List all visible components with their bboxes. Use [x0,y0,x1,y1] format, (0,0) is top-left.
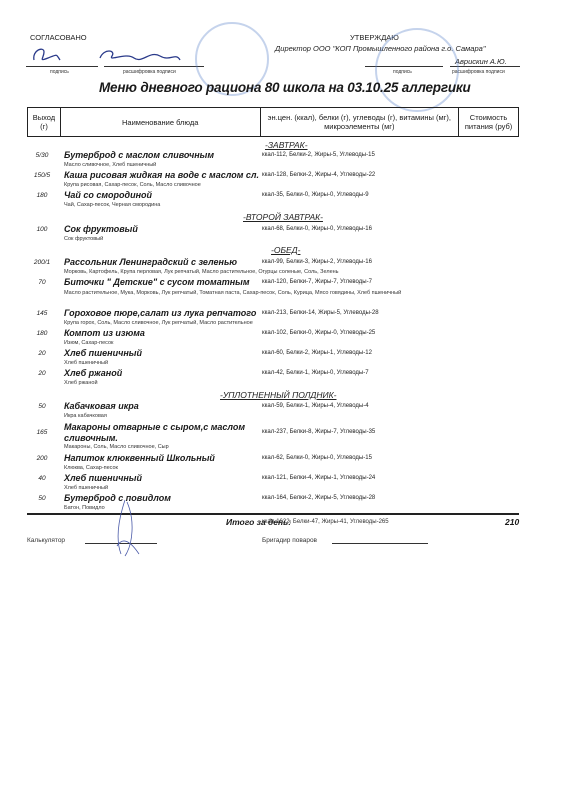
dish-ingredients: Масло растительное, Мука, Морковь, Лук р… [64,289,464,297]
dish-nutrition: ккал-99, Белки-3, Жиры-2, Углеводы-16 [262,259,372,265]
dish-nutrition: ккал-237, Белки-8, Жиры-7, Углеводы-35 [262,429,375,435]
dish-nutrition: ккал-102, Белки-0, Жиры-0, Углеводы-25 [262,330,375,336]
item-output: 5/30 [27,152,57,159]
calculator-signature-icon [105,498,145,558]
dish-name: Хлеб ржаной [64,368,122,378]
calculator-label: Калькулятор [27,537,65,544]
dish-nutrition: ккал-112, Белки-2, Жиры-5, Углеводы-15 [262,152,375,158]
section-title: -УПЛОТНЕННЫЙ ПОЛДНИК- [220,390,336,400]
section-title: -ЗАВТРАК- [265,140,308,150]
dish-name: Чай со смородиной [64,190,152,200]
dish-ingredients: Хлеб пшеничный [64,485,108,491]
item-output: 40 [27,475,57,482]
dish-ingredients: Масло сливочное, Хлеб пшеничный [64,162,156,168]
dish-name: Хлеб пшеничный [64,473,142,483]
dish-nutrition: ккал-35, Белки-0, Жиры-0, Углеводы-9 [262,192,369,198]
col-out-header: Выход (г) [28,108,61,137]
item-output: 20 [27,370,57,377]
col-name-header: Наименование блюда [60,108,260,137]
dish-nutrition: ккал-128, Белки-2, Жиры-4, Углеводы-22 [262,172,375,178]
item-output: 100 [27,226,57,233]
item-output: 150/5 [27,172,57,179]
item-output: 50 [27,403,57,410]
item-output: 200 [27,455,57,462]
item-output: 70 [27,279,57,286]
dish-ingredients: Крупа горох, Соль, Масло сливочное, Лук … [64,320,253,326]
section-title: -ОБЕД- [271,245,300,255]
dish-name: Напиток клюквенный Школьный [64,453,215,463]
total-cost: 210 [505,517,519,527]
decode-caption-right: расшифровка подписи [452,69,505,75]
signature-left-icon [30,44,190,66]
dish-nutrition: ккал-62, Белки-0, Жиры-0, Углеводы-15 [262,455,372,461]
chef-signature-line [332,543,428,544]
dish-name: Рассольник Ленинградский с зеленью [64,257,237,267]
chef-label: Бригадир поваров [262,537,317,544]
total-nutrition: ккал-1622, Белки-47, Жиры-41, Углеводы-2… [262,519,389,525]
dish-ingredients: Макароны, Соль, Масло сливочное, Сыр [64,444,169,450]
col-cost-header: Стоимость питания (руб) [459,108,519,137]
total-divider [27,513,519,515]
item-output: 200/1 [27,259,57,266]
dish-ingredients: Сок фруктовый [64,236,103,242]
dish-ingredients: Морковь, Картофель, Крупа перловая, Лук … [64,269,339,275]
dish-ingredients: Крупа рисовая, Сахар-песок, Соль, Масло … [64,182,201,188]
dish-nutrition: ккал-68, Белки-0, Жиры-0, Углеводы-16 [262,226,372,232]
stamp-right-icon [375,28,459,112]
item-output: 145 [27,310,57,317]
decode-line-left [104,66,204,67]
menu-table-header: Выход (г) Наименование блюда эн.цен. (кк… [27,107,519,137]
director-name: Аврискин А.Ю. [455,57,507,66]
dish-name: Макароны отварные с сыром,с маслом [64,422,245,432]
section-title: -ВТОРОЙ ЗАВТРАК- [243,212,323,222]
dish-ingredients: Чай, Сахар-песок, Черная смородина [64,202,160,208]
dish-ingredients: Клюква, Сахар-песок [64,465,118,471]
dish-name-continued: сливочным. [64,433,118,443]
dish-ingredients: Хлеб пшеничный [64,360,108,366]
dish-name: Компот из изюма [64,328,145,338]
dish-name: Кабачковая икра [64,401,139,411]
item-output: 165 [27,429,57,436]
decode-caption-left: расшифровка подписи [123,69,176,75]
dish-name: Сок фруктовый [64,224,138,234]
col-nutrition-header: эн.цен. (ккал), белки (г), углеводы (г),… [260,108,459,137]
dish-nutrition: ккал-42, Белки-1, Жиры-0, Углеводы-7 [262,370,369,376]
dish-name: Биточки " Детские" с сусом томатным [64,277,250,287]
dish-nutrition: ккал-121, Белки-4, Жиры-1, Углеводы-24 [262,475,375,481]
dish-nutrition: ккал-213, Белки-14, Жиры-5, Углеводы-28 [262,310,379,316]
dish-nutrition: ккал-60, Белки-2, Жиры-1, Углеводы-12 [262,350,372,356]
dish-name: Гороховое пюре,салат из лука репчатого [64,308,256,318]
dish-nutrition: ккал-164, Белки-2, Жиры-5, Углеводы-28 [262,495,375,501]
dish-name: Бутерброд с маслом сливочным [64,150,214,160]
dish-name: Каша рисовая жидкая на воде с маслом сл. [64,170,259,180]
item-output: 180 [27,330,57,337]
dish-nutrition: ккал-120, Белки-7, Жиры-7, Углеводы-7 [262,279,372,285]
approved-label: СОГЛАСОВАНО [30,33,87,42]
item-output: 180 [27,192,57,199]
item-output: 20 [27,350,57,357]
item-output: 50 [27,495,57,502]
dish-ingredients: Батон, Повидло [64,505,105,511]
signature-line-left [26,66,98,67]
decode-line-right [450,66,520,67]
dish-name: Хлеб пшеничный [64,348,142,358]
page-title: Меню дневного рациона 80 школа на 03.10.… [99,80,471,95]
dish-nutrition: ккал-59, Белки-1, Жиры-4, Углеводы-4 [262,403,369,409]
dish-ingredients: Икра кабачковая [64,413,107,419]
signature-caption-left: подпись [50,69,69,75]
dish-ingredients: Изюм, Сахар-песок [64,340,113,346]
dish-ingredients: Хлеб ржаной [64,380,98,386]
